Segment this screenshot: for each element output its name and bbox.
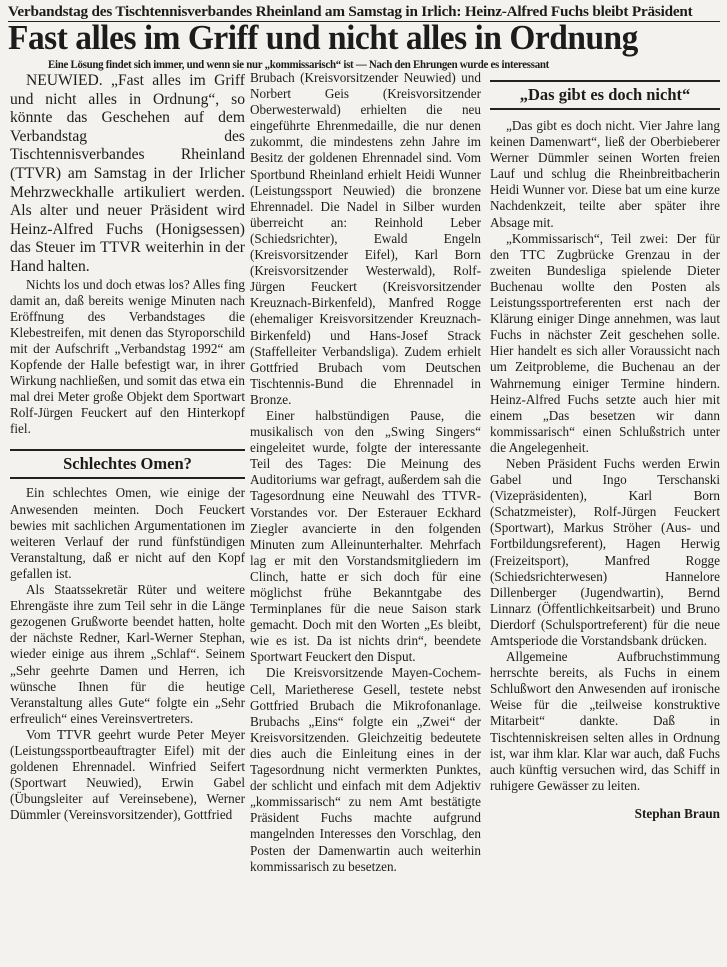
author-byline: Stephan Braun <box>490 806 720 822</box>
article-headline: Fast alles im Griff und nicht alles in O… <box>8 19 688 57</box>
column-1: NEUWIED. „Fast alles im Griff und nicht … <box>10 72 245 823</box>
newspaper-article: Verbandstag des Tischtennisverbandes Rhe… <box>0 0 727 967</box>
body-paragraph: Einer halbstündigen Pause, die musikalis… <box>250 408 481 666</box>
rule-divider <box>10 449 245 451</box>
body-paragraph: „Das gibt es doch nicht. Vier Jahre lang… <box>490 118 720 231</box>
rule-divider <box>490 80 720 82</box>
body-paragraph: Allgemeine Aufbruchstimmung herrschte be… <box>490 649 720 794</box>
subheading-box: „Das gibt es doch nicht“ <box>490 80 720 110</box>
lead-paragraph: NEUWIED. „Fast alles im Griff und nicht … <box>10 72 245 277</box>
body-paragraph: Neben Präsident Fuchs werden Erwin Gabel… <box>490 456 720 649</box>
body-paragraph: Nichts los und doch etwas los? Alles fin… <box>10 277 245 438</box>
rule-divider <box>490 108 720 110</box>
subheading: „Das gibt es doch nicht“ <box>490 84 720 106</box>
body-paragraph: Vom TTVR geehrt wurde Peter Meyer (Leist… <box>10 727 245 824</box>
subheading: Schlechtes Omen? <box>10 453 245 475</box>
column-2: Brubach (Kreisvorsitzender Neuwied) und … <box>250 70 481 875</box>
rule-divider <box>10 477 245 479</box>
body-paragraph: Die Kreisvorsitzende Mayen-Cochem-Cell, … <box>250 665 481 874</box>
body-paragraph: Als Staatssekretär Rüter und weitere Ehr… <box>10 582 245 727</box>
body-paragraph: Ein schlechtes Omen, wie einige der Anwe… <box>10 485 245 582</box>
body-paragraph: Brubach (Kreisvorsitzender Neuwied) und … <box>250 70 481 408</box>
body-paragraph: „Kommissarisch“, Teil zwei: Der für den … <box>490 231 720 456</box>
subheading-box: Schlechtes Omen? <box>10 449 245 479</box>
column-3: „Das gibt es doch nicht“ „Das gibt es do… <box>490 80 720 822</box>
